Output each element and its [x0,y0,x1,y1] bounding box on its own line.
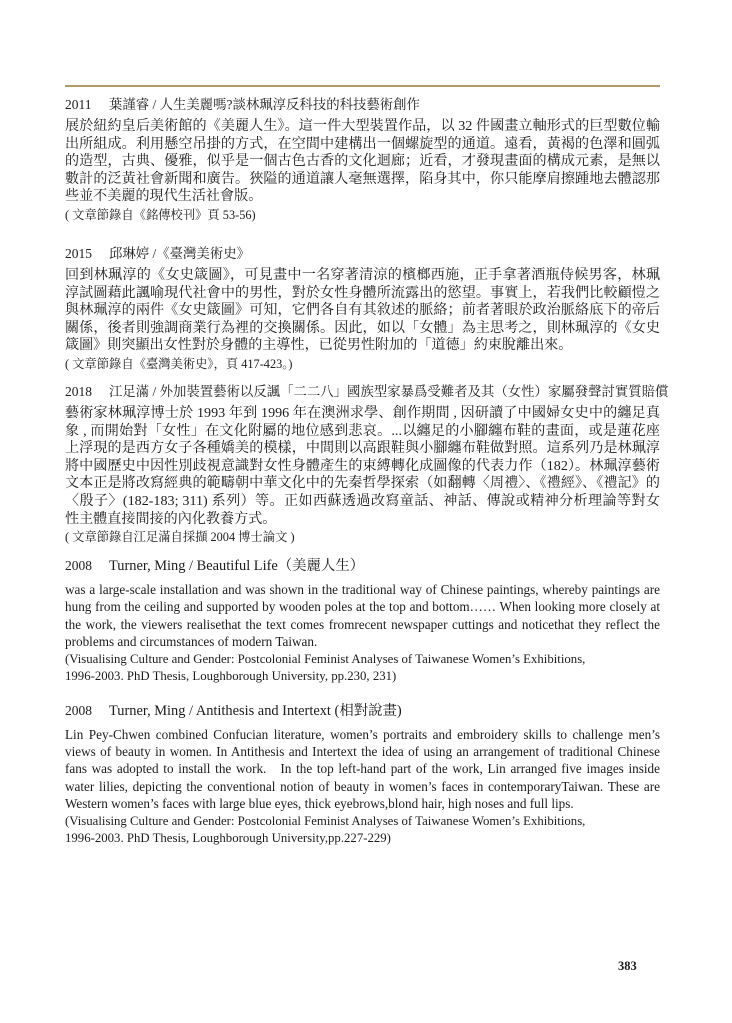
entry-citation-line-1: (Visualising Culture and Gender: Postcol… [65,652,660,668]
entry-year: 2011 [65,96,109,114]
entry-year: 2008 [65,556,109,576]
document-page: 2011葉謹睿 / 人生美麗嗎?談林珮淳反科技的科技藝術創作 展於紐約皇后美術館… [0,0,732,1023]
entry-body: was a large-scale installation and was s… [65,581,660,650]
entry-body: Lin Pey-Chwen combined Confucian literat… [65,726,660,812]
section-2011-yeh: 2011葉謹睿 / 人生美麗嗎?談林珮淳反科技的科技藝術創作 展於紐約皇后美術館… [65,96,660,223]
section-2015-chiu: 2015邱琳婷 /《臺灣美術史》 回到林珮淳的《女史箴圖》，可見畫中一名穿著清涼… [65,245,660,372]
section-heading: 2011葉謹睿 / 人生美麗嗎?談林珮淳反科技的科技藝術創作 [65,96,660,114]
entry-year: 2018 [65,383,109,401]
entry-body: 展於紐約皇后美術館的《美麗人生》。這一件大型裝置作品，以 32 件國畫立軸形式的… [65,118,660,206]
entry-citation-line-2: 1996-2003. PhD Thesis, Loughborough Univ… [65,831,660,847]
section-2018-jiang: 2018江足滿 / 外加裝置藝術以反諷「二二八」國族型家暴爲受難者及其（女性）家… [65,383,660,545]
section-heading: 2008Turner, Ming / Antithesis and Intert… [65,701,660,721]
section-heading: 2018江足滿 / 外加裝置藝術以反諷「二二八」國族型家暴爲受難者及其（女性）家… [65,383,660,401]
entry-citation: ( 文章節錄自《銘傳校刊》頁 53-56) [65,208,660,223]
top-rule-divider [65,85,660,87]
entry-title: 邱琳婷 /《臺灣美術史》 [109,246,250,261]
entry-title: Turner, Ming / Antithesis and Intertext … [109,703,402,719]
entry-body: 藝術家林珮淳博士於 1993 年到 1996 年在澳洲求學、創作期間 , 因研讀… [65,405,660,528]
entry-year: 2015 [65,245,109,263]
entry-citation: ( 文章節錄自江足滿自採擷 2004 博士論文 ) [65,530,660,545]
entry-title: 葉謹睿 / 人生美麗嗎?談林珮淳反科技的科技藝術創作 [109,97,420,112]
entry-title: Turner, Ming / Beautiful Life（美麗人生） [109,558,364,574]
entry-citation: ( 文章節錄自《臺灣美術史》，頁 417-423。) [65,357,660,372]
page-number: 383 [618,959,637,974]
section-heading: 2015邱琳婷 /《臺灣美術史》 [65,245,660,263]
section-heading: 2008Turner, Ming / Beautiful Life（美麗人生） [65,556,660,576]
page-content: 2011葉謹睿 / 人生美麗嗎?談林珮淳反科技的科技藝術創作 展於紐約皇后美術館… [65,85,660,847]
entry-body: 回到林珮淳的《女史箴圖》，可見畫中一名穿著清涼的檳榔西施，正手拿著酒瓶侍候男客，… [65,267,660,355]
section-2008-turner-beautiful-life: 2008Turner, Ming / Beautiful Life（美麗人生） … [65,556,660,685]
entry-title: 江足滿 / 外加裝置藝術以反諷「二二八」國族型家暴爲受難者及其（女性）家屬發聲討… [109,384,668,399]
entry-citation-line-2: 1996-2003. PhD Thesis, Loughborough Univ… [65,669,660,685]
entry-year: 2008 [65,701,109,721]
entry-citation-line-1: (Visualising Culture and Gender: Postcol… [65,814,660,830]
section-2008-turner-antithesis: 2008Turner, Ming / Antithesis and Intert… [65,701,660,847]
